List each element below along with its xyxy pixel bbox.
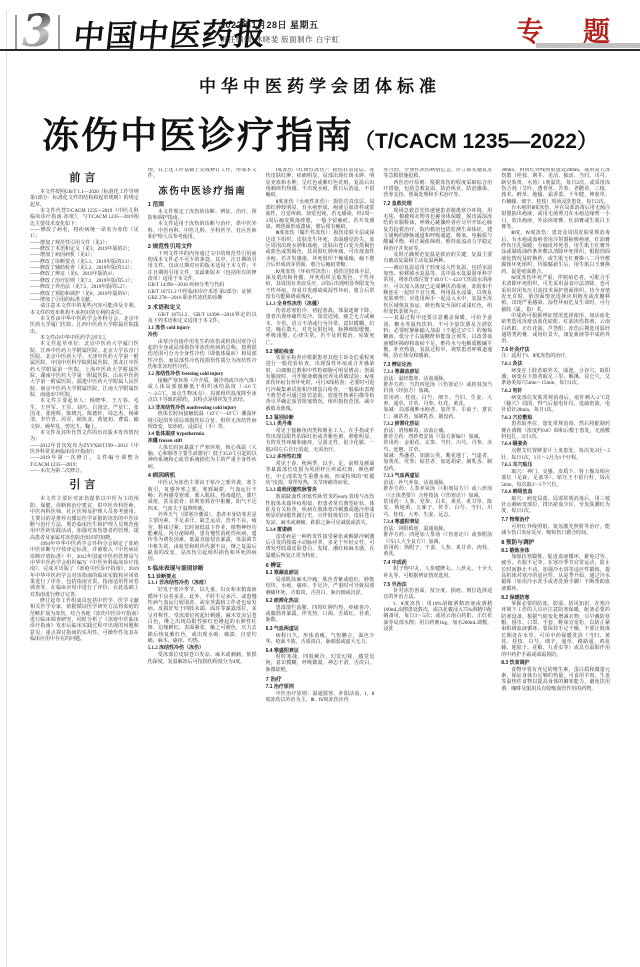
- document-standard-code: （T/CACM 1235—2022）: [354, 130, 598, 153]
- paragraph: 雷诺病是一种阵发性接受紧张或解除冷刺激后引发的肢端小动脉痉挛，多见于年轻女性，可…: [266, 535, 375, 560]
- subsection-heading: 7.7 物理治疗: [501, 517, 610, 523]
- paragraph: 1994年中华中医药学会外科分会制定了冻疮中医诊断与疗效评定标准，并被收入《中医…: [30, 542, 139, 599]
- paragraph-continuation: 常用药：金银花、玄参、当归、川芎、丹参、赤芍、连翘、甘草。: [383, 441, 492, 454]
- paragraph: 有水疱的Ⅱ度冻伤，应在局部消毒后用无菌注射器抽出疱液，或用无菌剪刀在水疱边缘剪一…: [501, 206, 610, 231]
- paragraph: 接触严寒环境（冷介质、制冷剂或冷冻气体）或人体局部接触低于组织冰结温度（-3.6…: [148, 379, 257, 404]
- paragraph: 点燃艾炷置鲜姜片上灸患处，每次灸3壮～5壮，每日1次，1月～2月为1个疗程。: [501, 449, 610, 462]
- subsubsection-heading: 5.3.3 血栓闭塞性脉管炎: [266, 488, 375, 494]
- chapter-heading: 引言: [30, 478, 139, 492]
- paragraph: 外界天气（即寒冷潮湿）、患者本身防寒差是主要因素。手足多汗、缺乏运动、营养不良、…: [148, 513, 257, 564]
- paragraph-continuation: 加减：热盛者，加蒲公英、紫花地丁；气虚者，加黄芪、党参；瘀甚者，加延胡索、制乳香…: [383, 454, 492, 473]
- subsection-heading: 6.2 瘀滞化热证: [266, 598, 375, 604]
- paragraph: Ⅱ度冻伤（水疱性冻伤）：损伤达真皮层。局部红肿较明显，有水疱形成，疱液呈血清样或…: [266, 200, 375, 232]
- subsubsection-heading: 7.6.1 灸法: [501, 362, 610, 368]
- subsubsection-heading: 5.1.3 全身性冻伤（冻僵）: [266, 302, 375, 308]
- subsubsection-heading: 7.3.3 气血两虚证: [383, 474, 492, 480]
- paragraph: 好发于寒冷季节，以儿童、妇女和末梢血液循环不良者多见。此外，平时手足多汗、或患慢…: [148, 588, 257, 645]
- section-heading: 3 术语和定义: [148, 305, 257, 311]
- paragraph: 附子理中丸、人参健脾丸、八珍丸、十全大补丸等，可根据辨证情况选用。: [383, 567, 492, 580]
- column-4: 外合治。全身性冻伤病情危急，应立即实施复苏等急救措施抢救。西医治疗原则：根据冻伤…: [383, 168, 492, 958]
- paragraph: 肢端缺血性闭塞性脉管炎的early表现与冻伤性肢体末端坏疽相似，但患者常有典型症…: [266, 495, 375, 527]
- paragraph: 本文件及其所代替文件的历次版本发布情况为：: [30, 431, 139, 444]
- editor-credits: 责任编辑 林晓斐 版面制作 白宇虹: [220, 34, 340, 45]
- paragraph: 西医治疗原则：根据冻伤的程度采取综合治疗措施，包括急救复温、防治休克、防治感染、…: [383, 181, 492, 200]
- list-item: ——被动复温适用于轻度浸入性复温，包括室温加热、转移脱水复温等。其中温水复温简单…: [383, 266, 492, 317]
- subsubsection-heading: 7.3.2 瘀滞化热证: [383, 422, 492, 428]
- paragraph: 机体长时间接触低温（10℃～-10℃）潮湿环境引起的外周局部损伤综合征，组织无冻…: [148, 412, 257, 431]
- section-heading: 6 辨证: [266, 563, 375, 569]
- list-item: ——修改了病名，将疾病统一命名为冻伤（见1）；: [30, 228, 139, 241]
- section-heading: 1 范围: [148, 202, 257, 208]
- paragraph: 人体长时间暴露于严寒环境，核心体温（大脑、心和肺等主要生命器官）低于35.0℃引…: [148, 446, 257, 471]
- list-item: ——本次为第二次修订。: [30, 469, 139, 475]
- section-heading: 7 治疗: [266, 677, 375, 683]
- paragraph-continuation: GBZ 278—2016 职业性冻伤的诊断: [148, 296, 257, 302]
- subsection-heading: 8.1 锻炼身体: [501, 548, 610, 554]
- column-1: 前言本文件按照GB/T 1.1—2020《标准化工作导则 第1部分：标准化文件的…: [30, 168, 139, 958]
- paragraph: 常见于春、秋两季，以手、足、前臂及颜面等暴露部位皮损为风团样丘疹或红斑，颜色鲜红…: [266, 462, 375, 487]
- subsection-heading: 5.3 鉴别诊断: [266, 415, 375, 421]
- paragraph: Ⅲ度冻伤（腐烂性冻伤）：损伤皮肤全层或深达皮下组织。皮肤发生坏死，表面感觉消失，…: [266, 231, 375, 269]
- paragraph: 取穴：病变局部。局部常规消毒后，用三棱针点刺病变部位，排出瘀血少许，至皮肤潮红为…: [501, 497, 610, 516]
- issue-info: 2022年1月28日 星期五 责任编辑 林晓斐 版面制作 白宇虹: [220, 18, 340, 45]
- list-item: ——修改了预防和调护（见8，2019年版的6）；: [30, 292, 139, 298]
- list-item: ——2012年首次发布为ZYYXH/T199—2012《中医外科常见病临床诊疗指…: [30, 444, 139, 457]
- subsection-heading: 5.2 辅助检查: [266, 349, 375, 355]
- paragraph: 中医治疗原则：温通散寒、补阳活血。Ⅰ、Ⅱ度冻伤以外治为主，Ⅲ、Ⅳ度冻伤应内: [266, 692, 375, 705]
- subsection-heading: 7.6 针灸疗法: [501, 347, 610, 353]
- paragraph: 下列文件中的内容通过文中的规范性引用而构成本文件必不可少的条款。其中，注日期的引…: [148, 252, 257, 284]
- paragraph: 本文件起草单位：北京中医药大学厦门医院、江西中医药大学附属医院、北京大学东直门医…: [30, 342, 139, 399]
- section-heading: 8 预防与调护: [501, 540, 610, 546]
- paragraph-continuation: 注：适用于Ⅰ、Ⅱ度冻伤的治疗。: [501, 354, 610, 360]
- subsubsection-heading: 7.6.4 隔姜灸: [501, 442, 610, 448]
- subsubsection-heading: 5.3.4 雷诺病: [266, 528, 375, 534]
- paragraph: 加强抗寒锻炼，促进血液循环，避免过劳、疲劳、衣服不足等。在寒冷季节宜常运动，防止…: [501, 555, 610, 593]
- subsection-heading: 7.3 辨证论治: [383, 362, 492, 368]
- paragraph-continuation: 推荐方药：四逆加人参汤（《伤寒论》）或参附汤（《妇人大全良方》）加减。: [383, 533, 492, 546]
- subsubsection-heading: 7.3.4 寒盛阳衰证: [383, 520, 492, 526]
- paragraph: 实验室检查应根据患者其他主诉及危重程度进行一般化验检查。出现湿性坏疽或合并感染时…: [266, 356, 375, 413]
- page-number: 3: [20, 12, 55, 52]
- term-heading: 3.4 低体温症 hypothermia: [148, 432, 257, 438]
- section-heading: 4 病因病机: [148, 473, 257, 479]
- guideline-title: 冻伤中医诊疗指南: [148, 186, 257, 198]
- paragraph: 食物中要有充足的维生素、蛋白质和微量元素，保证身体有足够的热量。可食用羊肉、生姜…: [501, 668, 610, 693]
- subsubsection-heading: 5.1.2 冻结性冷伤（冻伤）: [148, 646, 257, 652]
- paragraph: 本文件由中华中医药学会外科分会、北京中医药大学厦门医院、江西中医药大学附属医院提…: [30, 317, 139, 336]
- page-number-right-bar: [58, 15, 60, 49]
- paragraph: 本文件按照GB/T 1.1—2020《标准化工作导则 第1部分：标准化文件的结构…: [30, 190, 139, 209]
- paragraph: Ⅲ度、Ⅳ度冻伤：患处及周围皮肤常规消毒后，有水疱或血疱者用注射器抽吸疱液，红油膏…: [501, 231, 610, 275]
- paragraph-continuation: 常用药：人参、党参、白术、黄芪、炙甘草、陈皮、熟地黄、五味子、茯苓、白芍、当归、…: [383, 500, 492, 519]
- paragraph: 本文件适用于冻伤的诊断与治疗，供中医外科、中医内科、中医儿科、全科医学、社区医师…: [148, 222, 257, 241]
- paragraph: 请注意本文件中的某些内容可能涉及专利。本文件的发布机构不承担识别专利的责任。: [30, 304, 139, 317]
- column-3: Ⅰ度冻伤（红斑性冻伤）：损伤在表皮层。冻伤皮肤红肿、痒痛明显，局部出现红斑水肿，…: [266, 168, 375, 958]
- paragraph: 中成药可根据辨证情况选择使用，如活血化瘀类选用冻疮活血化瘀酊、红油冻伤搽剂、云南…: [501, 314, 610, 346]
- subsection-heading: 6.3 气血两虚证: [266, 626, 375, 632]
- paragraph: 本文件规定了冻伤的诊断、辨证、治疗、预防和调护指南。: [148, 210, 257, 223]
- paragraph-continuation: 外合治。全身性冻伤病情危急，应立即实施复苏等急救措施抢救。: [383, 168, 492, 181]
- list-item: ——2019年第一次修订，文件编号调整为T/CACM 1235—2019；: [30, 456, 139, 469]
- term-heading: 3.2 冻结性冷伤 freezing cold injury: [148, 372, 257, 378]
- paragraph-continuation: 推荐方药：当归四逆汤（《伤寒论》）或桂枝加当归汤（经验方）加减。: [383, 383, 492, 396]
- paragraph: 由寒冷直接作用发生的冻伤或机体因寒冷引起的全身或局部损伤等冻伤疾病的总称。按照损…: [148, 340, 257, 372]
- paragraph: 患部溃烂流脓，四周红肿灼热，疼痛喜冷，或腐筋骨暴露，伴发热、口渴、舌质红、苔黄、…: [266, 606, 375, 625]
- paragraph: 患者取坐位，患处常规消毒，然后将配制药膏在酒精（浓度约0.8）调和后敷于患处，无…: [501, 422, 610, 441]
- paragraph: 取穴：神门、交感、皮质下、肾上腺及相应部位（足趾、足部等）。贴压王不留行籽，每次…: [501, 470, 610, 489]
- list-item: ——复温过程中还要注意覆盖保暖，可给予姜汤、糖水等温热饮料，不可少量饮酒及含酒饮…: [383, 316, 492, 360]
- subsubsection-heading: 5.3.2 多形性红斑: [266, 455, 375, 461]
- paragraph: 病变在上肢者取外关、曲池、合谷穴，取阳溪；病变在下肢者取足三里、解溪、昆仑穴，艾…: [501, 369, 610, 388]
- paragraph: GB/T 16751.2、GB/T 14396—2016界定的以及下列术语和定义…: [148, 313, 257, 326]
- subsubsection-heading: 7.6.6 刺络放血: [501, 490, 610, 496]
- paragraph-continuation: 常用药：熟附子、干姜、人参、炙甘草、肉桂、黄芪。: [383, 546, 492, 559]
- document-subtitle: 中华中医药学会团体标准: [0, 72, 640, 97]
- column-2: 理，在上述工作基础上完成修订工作，形成本文件。冻伤中医诊疗指南1 范围本文件规定…: [148, 168, 257, 958]
- paragraph: 受冻部位皮肤苍白发凉、麻木或刺痛，依损伤深度，复温解冻后可按损伤程度分为4度。: [148, 653, 257, 666]
- subsection-heading: 8.2 保暖防寒: [501, 595, 610, 601]
- header-divider-gray-bar: [536, 43, 640, 48]
- paragraph: 常见于接触鱼肉类和渔业工人，在手指或手背出现局限性的深红色或青紫色斑、肿胀明显，…: [266, 429, 375, 454]
- subsubsection-heading: 7.3.1 寒凝血瘀证: [383, 370, 492, 376]
- document-title: 冻伤中医诊疗指南: [42, 115, 354, 156]
- paragraph: 中医认为冻伤主要由于寒冷之邪外袭，寒主收引，复感外寒之邪，寒邪凝滞，气血运行不畅…: [148, 481, 257, 513]
- paragraph: 本文件主要针对冻伤提供以中医为主的预防、保健、诊断和治疗建议，供中医外科医师、中…: [30, 497, 139, 541]
- paragraph: 本文件代替T/CACM 1235—2019《中医儿科临床诊疗指南·冻疮》，与T/…: [30, 209, 139, 228]
- subsection-heading: 6.4 寒盛阳衰证: [266, 648, 375, 654]
- subsection-heading: 7.1 治疗原则: [266, 684, 375, 690]
- paragraph: 针对冻伤创面，按分度、损疮、到位选择适宜的外治方法。: [383, 589, 492, 602]
- article-body: 前言本文件按照GB/T 1.1—2020《标准化工作导则 第1部分：标准化文件的…: [30, 168, 610, 958]
- term-heading: 3.1 冻伤 cold injury: [148, 326, 257, 332]
- paragraph-continuation: 加减：局部漫肿水疱者，加茯苓、车前子、薏苡仁；痛甚者，加制乳香、制没药。: [383, 408, 492, 421]
- column-5: 30min，再用红外线照射患处20min，或用复方冻伤散（桂枝、荆芥、羌活、独活…: [501, 168, 610, 958]
- paragraph: 本文件主要起草人：杨晓华、王万春、毛生、王世军、王军、刘巧、吕国忠、严星仁、张国…: [30, 399, 139, 431]
- newspaper-page: 3 中国中医药报 2022年1月28日 星期五 责任编辑 林晓斐 版面制作 白宇…: [0, 0, 640, 967]
- page-number-block: 3: [12, 12, 63, 52]
- paragraph: 可用红外线照射、氦氖激光照射等治疗，能减少伤口炎症反应、缩短伤口愈合时间。: [501, 525, 610, 538]
- chapter-heading: 前言: [30, 171, 139, 185]
- paragraph: 病程日久，形体消瘦，气短懒言，面色少华，疮面不敛，舌质淡白，脉细弱或虚大无力。: [266, 634, 375, 647]
- subsubsection-heading: 7.6.2 电针: [501, 389, 610, 395]
- paragraph: 病变部位皮肤常规消毒后，毫针刺入-2℃处《腧穴》周围，得气后接电针仪，选疏密波，…: [501, 396, 610, 415]
- paragraph: 掌握必要的防冻、防湿、防风知识，在寒冷环境下工作的人员应注意防寒保暖，配备必要的…: [501, 602, 610, 659]
- paragraph-continuation: 常用药：桂枝、白芍、细辛、当归、生姜、大枣、通草、甘草、丹参、红花、黄芪。: [383, 396, 492, 409]
- paragraph: 伤者恶寒怕冷、初起寒战、体温逐渐下降，患者出现疼痛性发冷、知觉迟钝、疲乏无力或麻…: [266, 309, 375, 347]
- section-heading: 2 规范性引用文件: [148, 244, 257, 250]
- term-heading: 3.3 非冻结性冷伤 nonfreezing cold injury: [148, 406, 257, 412]
- paragraph: Ⅳ度冻伤坏死严重、伴脱疽危者，可配合手术清除坏死组织，可先采用蚕食疗法清除，也可…: [501, 276, 610, 314]
- subsection-heading: 5.1 诊断要点: [148, 574, 257, 580]
- paragraph-continuation: 理，在上述工作基础上完成修订工作，形成本文件。: [148, 168, 257, 181]
- paragraph: 时时寒战，四肢厥冷，幻觉幻视，感觉迟钝，意识模糊，呼吸微弱，神志不清，舌淡白，脉…: [266, 655, 375, 674]
- subsection-heading: 7.4 中成药: [383, 560, 492, 566]
- subsection-heading: 6.1 寒凝血瘀证: [266, 570, 375, 576]
- paragraph: 现场急救首先快速使患者脱离寒冷环境，用毛毯、棉被和衣物等包裹身体保暖，脱出濡湿冻…: [383, 209, 492, 253]
- paragraph: 及时正确规范复温是救治的关键，复温主要有被动复温和主动复温两种。: [383, 253, 492, 266]
- paragraph: Ⅳ度冻伤（坏疽性冻伤）：损伤达肢体全层，深及肌肉和骨骼。坏死组织呈暗黑色、干性坏…: [266, 270, 375, 302]
- paragraph: 修订起草工作组成员包括中医学、医学文献相关医学专家，依据循证医学研究方法将冻疮的…: [30, 599, 139, 643]
- paragraph: Ⅰ度冻伤（红斑性冻伤）：损伤在表皮层。冻伤皮肤红肿、痒痛明显，局部出现红斑水肿，…: [266, 168, 375, 200]
- subsubsection-heading: 7.6.3 穴位敷贴: [501, 416, 610, 422]
- issue-date: 2022年1月28日 星期五: [220, 18, 340, 31]
- paragraph-continuation: 推荐方药：人参养荣汤（《和剂局方》）或八珍汤（《正体类要》）合桂枝汤（《伤寒论》…: [383, 487, 492, 500]
- subsubsection-heading: 5.3.1 类丹毒: [266, 422, 375, 428]
- subsubsection-heading: 5.1.1 非冻结性冷伤（冻疮）: [148, 581, 257, 587]
- subsection-heading: 7.2 急救处理: [383, 201, 492, 207]
- document-title-block: 中华中医药学会团体标准 冻伤中医诊疗指南（T/CACM 1235—2022）: [0, 72, 640, 159]
- document-title-line: 冻伤中医诊疗指南（T/CACM 1235—2022）: [0, 105, 640, 159]
- subsection-heading: 7.5 外治法: [383, 582, 492, 588]
- paragraph: 局部肌肤麻木冷痛，肤色青紫或暗红，肿胀结块、水疱、瘙痒、手足冷，严重时可导致局部…: [266, 578, 375, 597]
- page-number-left-bar: [15, 15, 17, 49]
- paragraph-continuation: 30min，再用红外线照射患处20min，或用复方冻伤散（桂枝、荆芥、羌活、独活…: [501, 168, 610, 206]
- subsubsection-heading: 7.6.5 耳穴贴压: [501, 463, 610, 469]
- section-heading: 5 临床表现与鉴别诊断: [148, 566, 257, 572]
- subsection-heading: 8.3 饮食调护: [501, 660, 610, 666]
- header-divider: [0, 49, 640, 51]
- list-item: ——修改了外治法（见7.5，2019年版的5.2）；: [30, 285, 139, 291]
- paragraph: Ⅰ、Ⅱ度冻伤：用10%胡椒酒精溶液或酒精100mL涂擦患处数次，或以花椒浸入75…: [383, 602, 492, 634]
